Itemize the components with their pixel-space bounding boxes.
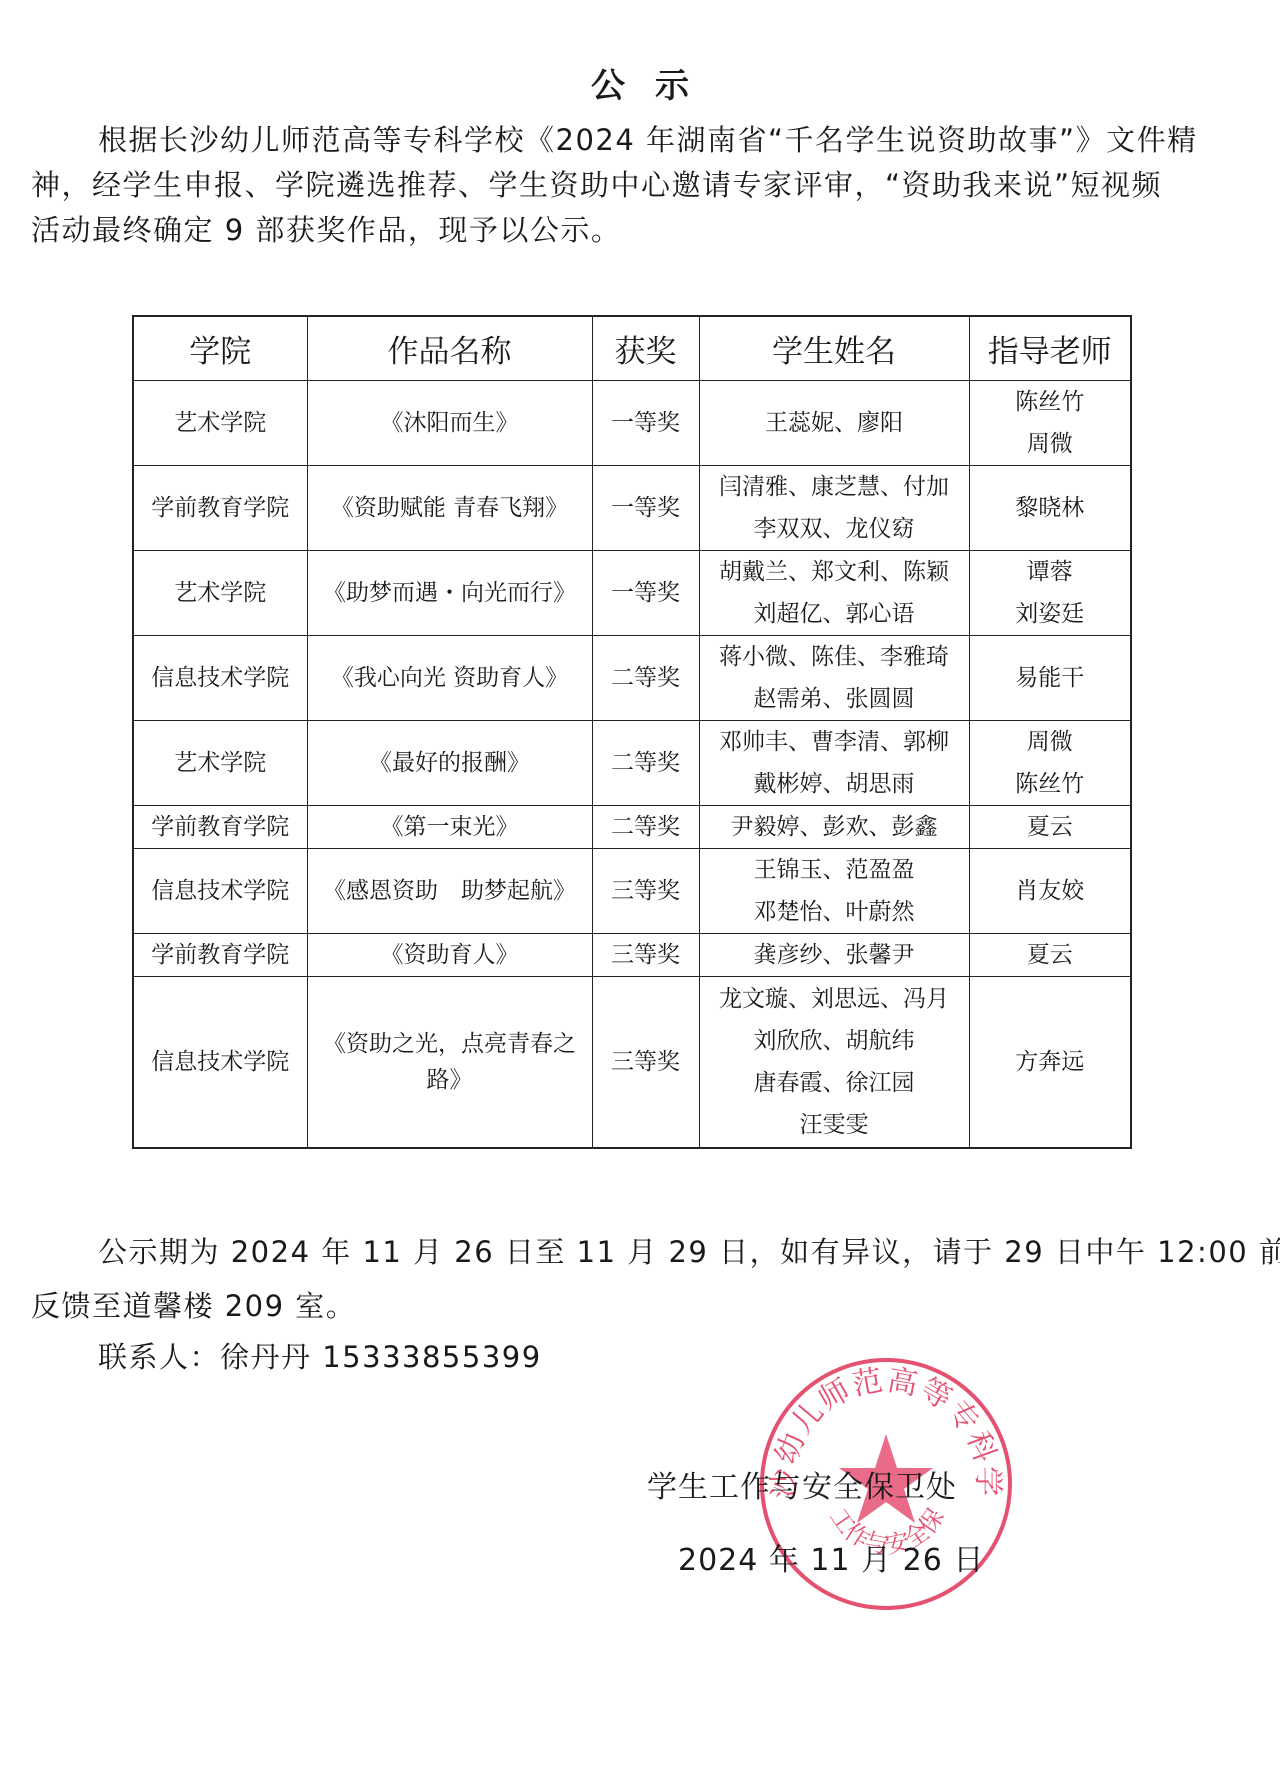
signature-date: 2024 年 11 月 26 日 <box>678 1535 984 1579</box>
cell-work-line: 《沐阳而生》 <box>312 405 588 441</box>
cell-work-line: 《最好的报酬》 <box>312 745 588 781</box>
notice-paragraph: 公示期为 2024 年 11 月 26 日至 11 月 29 日，如有异议，请于… <box>31 1225 1246 1381</box>
cell-students-line: 龙文璇、刘思远、冯月 <box>704 978 965 1020</box>
table-row: 信息技术学院《感恩资助 助梦起航》三等奖王锦玉、范盈盈邓楚怡、叶蔚然肖友姣 <box>133 849 1131 934</box>
cell-work: 《资助赋能 青春飞翔》 <box>307 466 592 551</box>
cell-students-line: 王蕊妮、廖阳 <box>704 402 965 444</box>
cell-advisors-line: 方奔远 <box>974 1041 1127 1083</box>
cell-advisors-line: 黎晓林 <box>974 487 1127 529</box>
cell-students-line: 蒋小微、陈佳、李雅琦 <box>704 636 965 678</box>
cell-students-line: 龚彦纱、张馨尹 <box>704 934 965 976</box>
cell-award: 一等奖 <box>592 381 699 466</box>
cell-award: 三等奖 <box>592 977 699 1149</box>
cell-college: 学前教育学院 <box>133 806 307 849</box>
cell-advisors-line: 夏云 <box>974 806 1127 848</box>
cell-work-line: 《资助之光，点亮青春之 <box>312 1026 588 1062</box>
intro-line: 根据长沙幼儿师范高等专科学校《2024 年湖南省“千名学生说资助故事”》文件精 <box>31 118 1246 163</box>
contact-line: 联系人：徐丹丹 15333855399 <box>31 1333 1246 1381</box>
cell-advisors: 周微陈丝竹 <box>969 721 1131 806</box>
cell-award: 三等奖 <box>592 849 699 934</box>
cell-advisors: 谭蓉刘姿廷 <box>969 551 1131 636</box>
cell-students-line: 邓楚怡、叶蔚然 <box>704 891 965 933</box>
cell-students-line: 胡戴兰、郑文利、陈颖 <box>704 551 965 593</box>
cell-students-line: 赵需弟、张圆圆 <box>704 678 965 720</box>
cell-students-line: 刘超亿、郭心语 <box>704 593 965 635</box>
cell-advisors-line: 陈丝竹 <box>974 763 1127 805</box>
header-students: 学生姓名 <box>699 316 969 381</box>
signature-organization: 学生工作与安全保卫处 <box>647 1462 957 1506</box>
cell-advisors-line: 周微 <box>974 423 1127 465</box>
cell-students-line: 刘欣欣、胡航纬 <box>704 1020 965 1062</box>
cell-students-line: 王锦玉、范盈盈 <box>704 849 965 891</box>
table-row: 学前教育学院《资助育人》三等奖龚彦纱、张馨尹夏云 <box>133 934 1131 977</box>
cell-students-line: 闫清雅、康芝慧、付加 <box>704 466 965 508</box>
cell-college: 艺术学院 <box>133 381 307 466</box>
header-college: 学院 <box>133 316 307 381</box>
header-advisors: 指导老师 <box>969 316 1131 381</box>
cell-work-line: 《助梦而遇・向光而行》 <box>312 575 588 611</box>
table-header-row: 学院 作品名称 获奖 学生姓名 指导老师 <box>133 316 1131 381</box>
cell-students: 王锦玉、范盈盈邓楚怡、叶蔚然 <box>699 849 969 934</box>
cell-college: 信息技术学院 <box>133 977 307 1149</box>
table-row: 信息技术学院《我心向光 资助育人》二等奖蒋小微、陈佳、李雅琦赵需弟、张圆圆易能干 <box>133 636 1131 721</box>
cell-advisors-line: 易能干 <box>974 657 1127 699</box>
cell-students: 胡戴兰、郑文利、陈颖刘超亿、郭心语 <box>699 551 969 636</box>
cell-work: 《我心向光 资助育人》 <box>307 636 592 721</box>
cell-advisors: 夏云 <box>969 806 1131 849</box>
cell-advisors-line: 谭蓉 <box>974 551 1127 593</box>
cell-work: 《资助育人》 <box>307 934 592 977</box>
cell-award: 一等奖 <box>592 551 699 636</box>
cell-work-line: 《第一束光》 <box>312 809 588 845</box>
cell-work: 《助梦而遇・向光而行》 <box>307 551 592 636</box>
cell-award: 二等奖 <box>592 721 699 806</box>
table-row: 学前教育学院《资助赋能 青春飞翔》一等奖闫清雅、康芝慧、付加李双双、龙仪窈黎晓林 <box>133 466 1131 551</box>
cell-advisors-line: 夏云 <box>974 934 1127 976</box>
intro-line: 活动最终确定 9 部获奖作品，现予以公示。 <box>31 208 1246 253</box>
table-row: 艺术学院《沐阳而生》一等奖王蕊妮、廖阳陈丝竹周微 <box>133 381 1131 466</box>
cell-college: 艺术学院 <box>133 551 307 636</box>
cell-award: 二等奖 <box>592 636 699 721</box>
awards-table-body: 艺术学院《沐阳而生》一等奖王蕊妮、廖阳陈丝竹周微学前教育学院《资助赋能 青春飞翔… <box>133 381 1131 1149</box>
cell-college: 学前教育学院 <box>133 466 307 551</box>
cell-award: 一等奖 <box>592 466 699 551</box>
cell-work: 《感恩资助 助梦起航》 <box>307 849 592 934</box>
cell-students-line: 唐春霞、徐江园 <box>704 1062 965 1104</box>
intro-paragraph: 根据长沙幼儿师范高等专科学校《2024 年湖南省“千名学生说资助故事”》文件精 … <box>31 118 1246 253</box>
cell-award: 三等奖 <box>592 934 699 977</box>
cell-work: 《沐阳而生》 <box>307 381 592 466</box>
cell-students: 龙文璇、刘思远、冯月刘欣欣、胡航纬唐春霞、徐江园汪雯雯 <box>699 977 969 1149</box>
header-award: 获奖 <box>592 316 699 381</box>
cell-work-line: 《资助育人》 <box>312 937 588 973</box>
cell-students-line: 邓帅丰、曹李清、郭柳 <box>704 721 965 763</box>
cell-work-line: 路》 <box>312 1062 588 1098</box>
page-title: 公示 <box>0 58 1280 107</box>
cell-award: 二等奖 <box>592 806 699 849</box>
cell-college: 信息技术学院 <box>133 636 307 721</box>
cell-advisors: 方奔远 <box>969 977 1131 1149</box>
awards-table: 学院 作品名称 获奖 学生姓名 指导老师 艺术学院《沐阳而生》一等奖王蕊妮、廖阳… <box>132 315 1132 1149</box>
cell-students: 蒋小微、陈佳、李雅琦赵需弟、张圆圆 <box>699 636 969 721</box>
cell-advisors: 黎晓林 <box>969 466 1131 551</box>
cell-students: 王蕊妮、廖阳 <box>699 381 969 466</box>
cell-advisors-line: 周微 <box>974 721 1127 763</box>
cell-advisors-line: 刘姿廷 <box>974 593 1127 635</box>
cell-college: 学前教育学院 <box>133 934 307 977</box>
cell-work-line: 《我心向光 资助育人》 <box>312 660 588 696</box>
table-row: 学前教育学院《第一束光》二等奖尹毅婷、彭欢、彭鑫夏云 <box>133 806 1131 849</box>
cell-work: 《资助之光，点亮青春之路》 <box>307 977 592 1149</box>
cell-work: 《最好的报酬》 <box>307 721 592 806</box>
table-row: 信息技术学院《资助之光，点亮青春之路》三等奖龙文璇、刘思远、冯月刘欣欣、胡航纬唐… <box>133 977 1131 1149</box>
cell-work-line: 《资助赋能 青春飞翔》 <box>312 490 588 526</box>
notice-line: 公示期为 2024 年 11 月 26 日至 11 月 29 日，如有异议，请于… <box>31 1225 1246 1279</box>
cell-students-line: 李双双、龙仪窈 <box>704 508 965 550</box>
cell-advisors: 肖友姣 <box>969 849 1131 934</box>
header-work: 作品名称 <box>307 316 592 381</box>
cell-work: 《第一束光》 <box>307 806 592 849</box>
cell-advisors: 易能干 <box>969 636 1131 721</box>
cell-students: 闫清雅、康芝慧、付加李双双、龙仪窈 <box>699 466 969 551</box>
table-row: 艺术学院《最好的报酬》二等奖邓帅丰、曹李清、郭柳戴彬婷、胡思雨周微陈丝竹 <box>133 721 1131 806</box>
intro-line: 神，经学生申报、学院遴选推荐、学生资助中心邀请专家评审，“资助我来说”短视频 <box>31 163 1246 208</box>
cell-students: 邓帅丰、曹李清、郭柳戴彬婷、胡思雨 <box>699 721 969 806</box>
cell-advisors: 夏云 <box>969 934 1131 977</box>
cell-advisors: 陈丝竹周微 <box>969 381 1131 466</box>
cell-students-line: 戴彬婷、胡思雨 <box>704 763 965 805</box>
cell-students-line: 汪雯雯 <box>704 1104 965 1146</box>
cell-work-line: 《感恩资助 助梦起航》 <box>312 873 588 909</box>
notice-line: 反馈至道馨楼 209 室。 <box>31 1279 1246 1333</box>
table-row: 艺术学院《助梦而遇・向光而行》一等奖胡戴兰、郑文利、陈颖刘超亿、郭心语谭蓉刘姿廷 <box>133 551 1131 636</box>
cell-college: 艺术学院 <box>133 721 307 806</box>
cell-advisors-line: 陈丝竹 <box>974 381 1127 423</box>
cell-students-line: 尹毅婷、彭欢、彭鑫 <box>704 806 965 848</box>
cell-students: 龚彦纱、张馨尹 <box>699 934 969 977</box>
cell-advisors-line: 肖友姣 <box>974 870 1127 912</box>
cell-college: 信息技术学院 <box>133 849 307 934</box>
cell-students: 尹毅婷、彭欢、彭鑫 <box>699 806 969 849</box>
